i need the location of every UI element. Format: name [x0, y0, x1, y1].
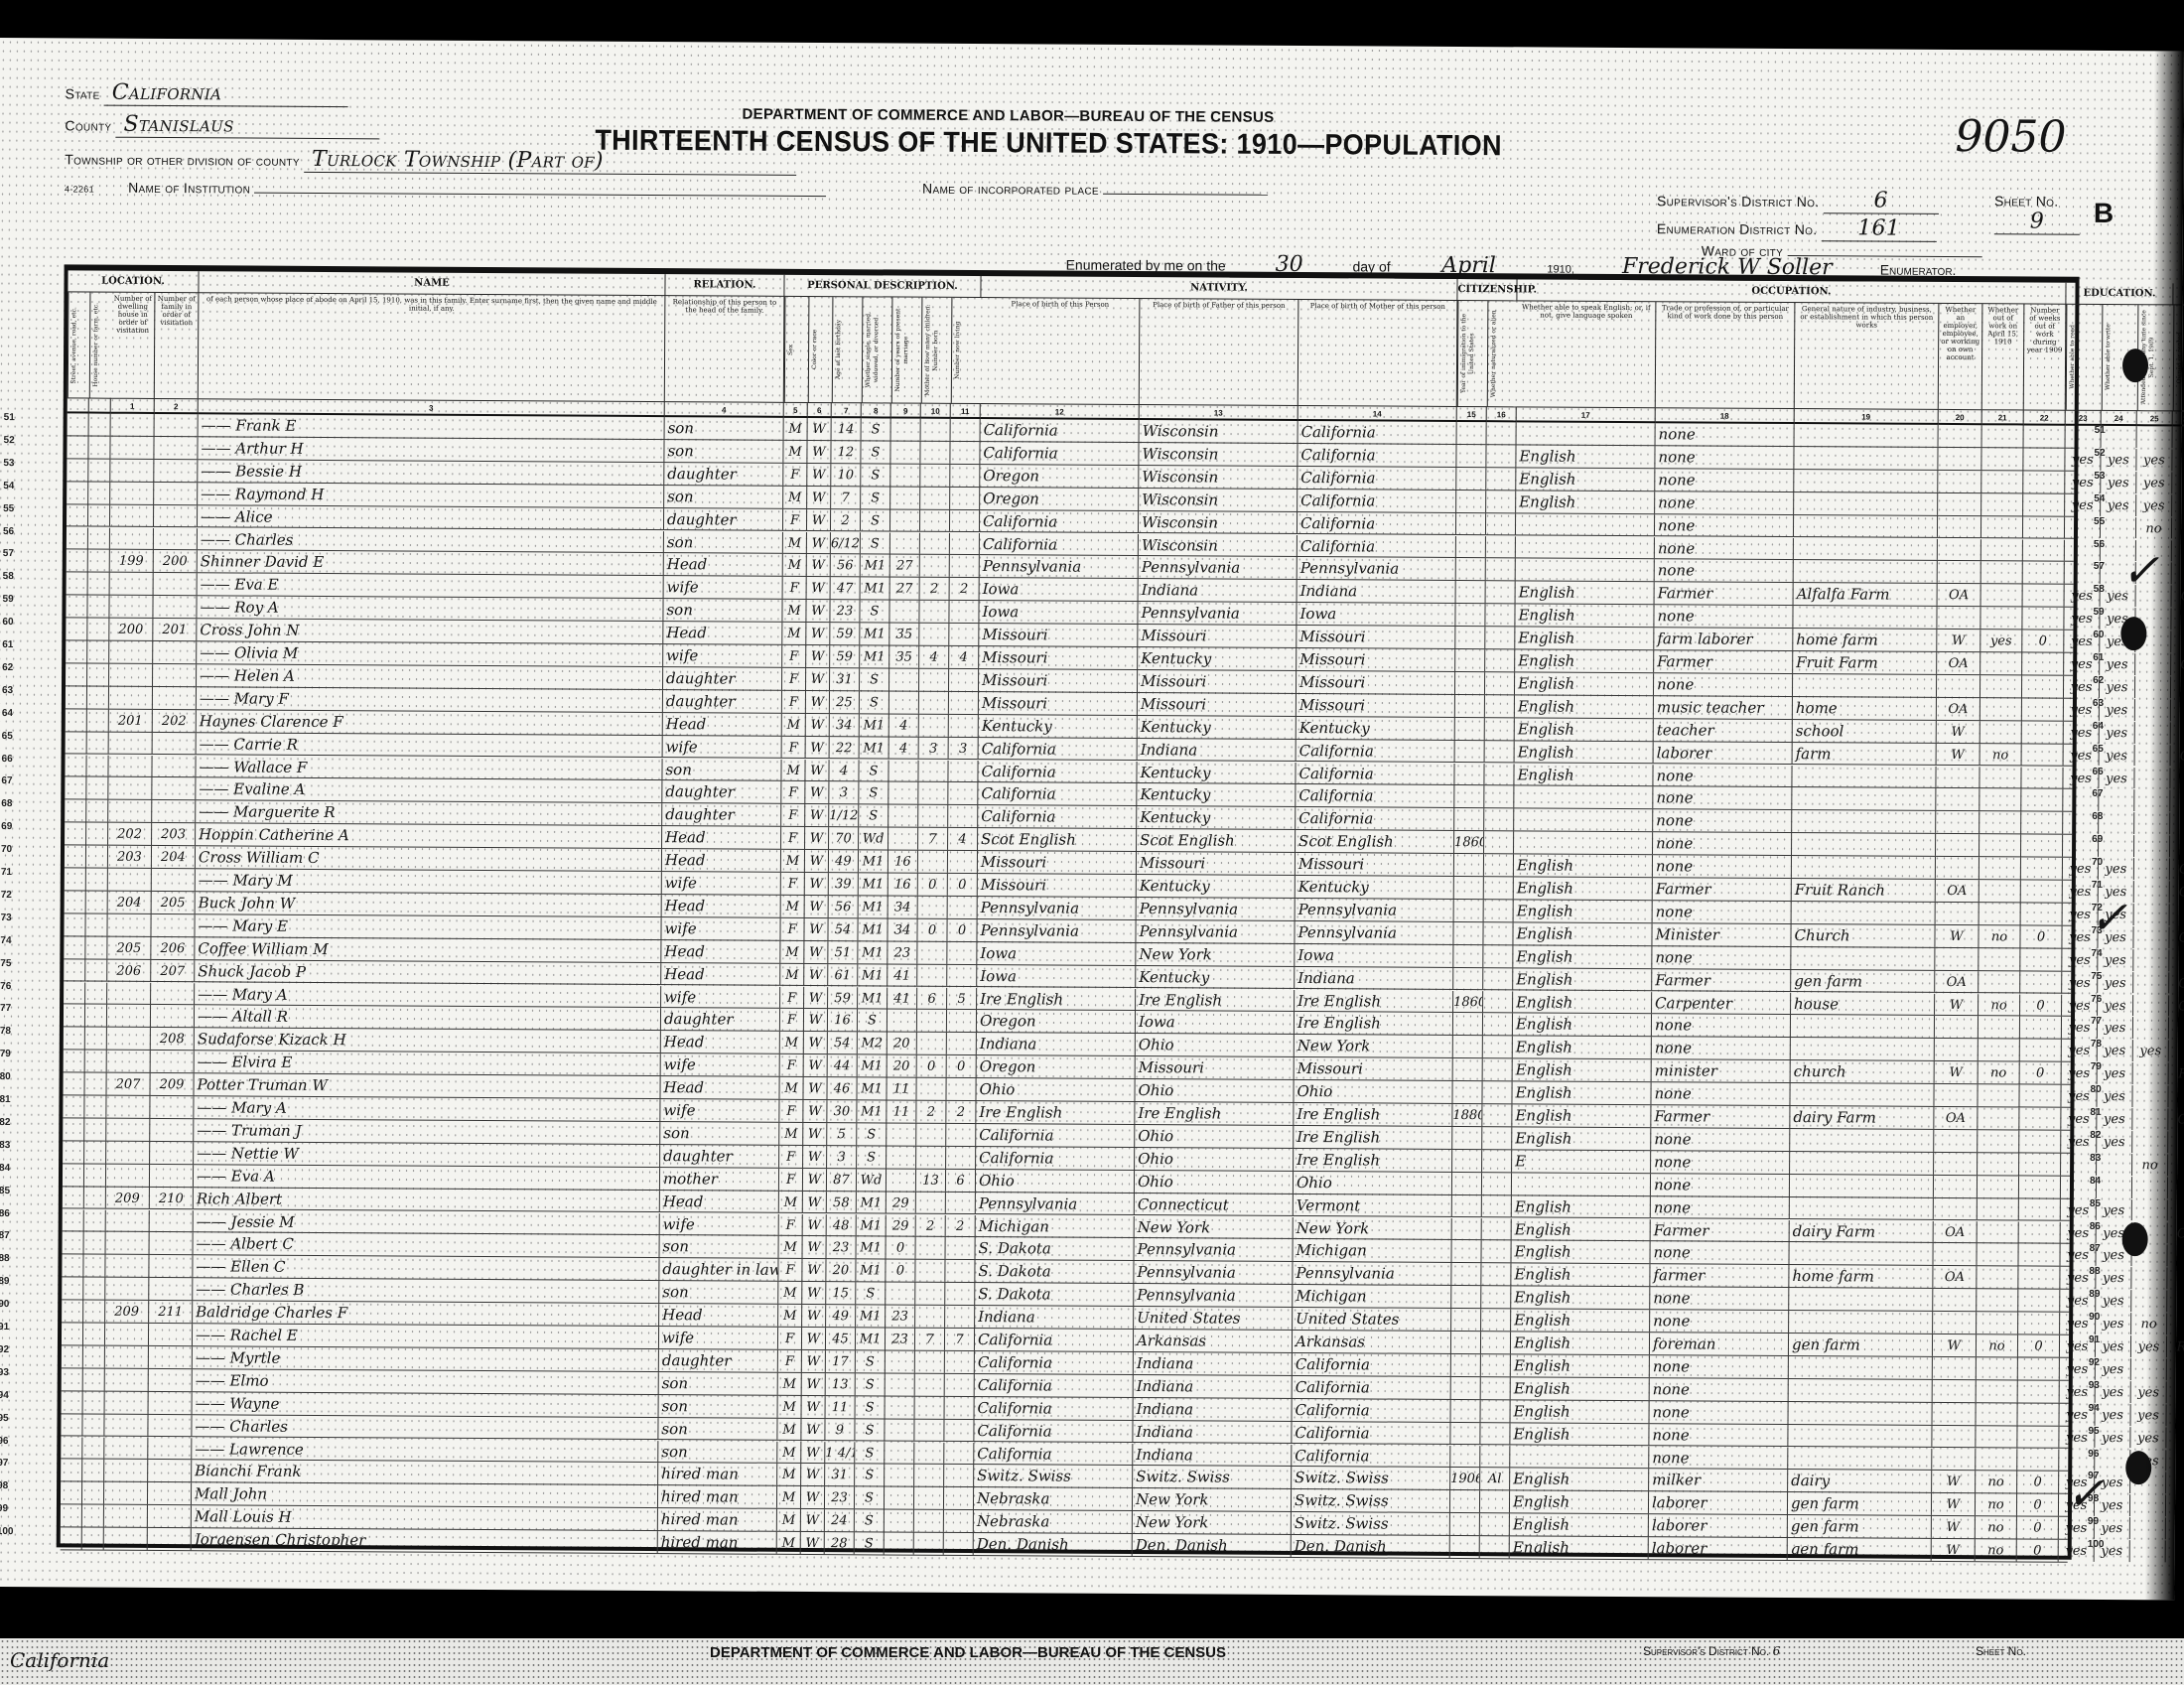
out-work-cell: [1977, 1357, 2018, 1379]
column-group-header: LOCATION.: [68, 270, 199, 293]
column-header: Whether naturalized or alien: [1487, 301, 1518, 406]
line-number: 62: [2, 662, 13, 673]
father-birth-cell: Pennsylvania: [1136, 920, 1295, 943]
write-cell: [2097, 1177, 2132, 1198]
empty-cell: [88, 436, 110, 458]
family-cell: [150, 1119, 194, 1141]
race-cell: W: [805, 804, 829, 826]
cell-text: Carpenter: [1655, 994, 1732, 1012]
employ-cell: OA: [1934, 1107, 1978, 1129]
cell-text: English: [1515, 1197, 1571, 1215]
write-cell: yes: [2098, 1062, 2133, 1084]
yrs-married-cell: [889, 668, 919, 690]
write-cell: yes: [2097, 1085, 2132, 1107]
family-cell: [151, 1005, 195, 1027]
father-birth-cell: Indiana: [1133, 1421, 1292, 1444]
cell-text: daughter: [664, 1010, 734, 1028]
cell-text: foreman: [1653, 1334, 1716, 1352]
cell-text: Missouri: [1299, 673, 1365, 691]
family-cell: [154, 483, 198, 504]
out-work-cell: [1979, 811, 2021, 833]
cell-text: S: [866, 1400, 875, 1415]
dwelling-cell: 199: [110, 550, 154, 572]
cell-text: Ire English: [1138, 1104, 1221, 1123]
cell-text: New York: [1136, 1513, 1209, 1531]
empty-cell: [61, 1482, 82, 1504]
cell-text: English: [1516, 1016, 1572, 1034]
line-number: 100: [0, 1526, 14, 1537]
relation-cell: son: [665, 417, 784, 440]
cell-text: California: [1298, 786, 1373, 804]
living-cell: [944, 1419, 974, 1441]
cell-text: 11: [893, 1082, 910, 1097]
empty-cell: [64, 936, 85, 958]
family-cell: [153, 733, 197, 755]
cell-text: 2: [957, 1105, 965, 1120]
cell-text: Wisconsin: [1142, 513, 1218, 531]
write-cell: [2097, 1154, 2132, 1176]
empty-cell: [66, 686, 87, 708]
sex-cell: M: [778, 1305, 802, 1327]
line-number: 75: [0, 958, 11, 969]
cell-text: none: [1653, 1357, 1690, 1375]
cell-text: none: [1658, 471, 1695, 489]
dwelling-cell: 203: [108, 846, 152, 868]
cell-text: M: [784, 1127, 797, 1142]
marital-cell: M1: [860, 623, 889, 644]
english-cell: English: [1510, 1536, 1649, 1559]
father-birth-cell: Ohio: [1135, 1171, 1294, 1194]
cell-text: 7: [928, 832, 936, 847]
cell-text: F: [787, 990, 796, 1005]
cell-text: S: [871, 536, 880, 551]
relation-cell: hired man: [658, 1485, 777, 1508]
cell-text: 10: [837, 468, 854, 483]
sex-cell: M: [782, 600, 806, 622]
age-cell: 16: [828, 1010, 858, 1032]
cell-text: yes: [2066, 1407, 2088, 1422]
cell-text: California: [977, 1422, 1051, 1440]
living-cell: [948, 851, 978, 873]
employ-cell: [1938, 493, 1981, 515]
mother-birth-cell: Missouri: [1295, 1057, 1453, 1080]
dwelling-cell: [108, 755, 152, 776]
industry-cell: [1790, 1197, 1934, 1220]
column-header: Trade or profession of, or particular ki…: [1656, 302, 1796, 408]
cell-text: yes: [2106, 703, 2127, 718]
cell-text: yes: [2108, 453, 2129, 468]
cell-text: no: [1987, 1475, 2003, 1490]
cell-text: Indiana: [1141, 741, 1198, 759]
cell-text: 1860: [1453, 994, 1483, 1009]
relation-cell: son: [659, 1395, 778, 1418]
dwelling-cell: [106, 1119, 150, 1141]
cell-text: California: [983, 535, 1057, 553]
out-work-cell: no: [1979, 925, 2020, 947]
out-work-cell: [1979, 789, 2021, 811]
immig-cell: [1453, 1013, 1483, 1035]
born-cell: [914, 1533, 944, 1555]
line-number-right: 56: [2094, 538, 2105, 549]
trade-cell: none: [1650, 1310, 1789, 1333]
name-cell: —— Mary F: [197, 687, 663, 712]
industry-cell: Fruit Ranch: [1792, 879, 1936, 902]
empty-cell: [86, 777, 108, 799]
trade-cell: none: [1655, 560, 1794, 583]
age-cell: 54: [828, 1032, 858, 1053]
birth-cell: Indiana: [977, 1033, 1136, 1055]
yrs-married-cell: [887, 1010, 917, 1032]
age-cell: 13: [826, 1373, 856, 1395]
mother-birth-cell: United States: [1293, 1308, 1451, 1331]
race-cell: W: [804, 918, 828, 940]
yrs-married-cell: 16: [888, 851, 918, 873]
sex-cell: F: [781, 827, 805, 849]
line-number-right: 82: [2090, 1130, 2101, 1141]
line-number: 56: [3, 526, 14, 537]
cell-text: Ire English: [1139, 991, 1222, 1010]
cell-text: daughter: [666, 692, 736, 710]
english-cell: English: [1510, 1423, 1649, 1446]
born-cell: [915, 1306, 945, 1328]
cell-text: M: [784, 1194, 797, 1209]
living-cell: [951, 419, 981, 441]
natur-cell: [1483, 968, 1513, 990]
dwelling-cell: [111, 414, 155, 436]
empty-cell: [65, 823, 86, 845]
column-number: 11: [951, 403, 981, 419]
cell-text: dairy: [1791, 1472, 1830, 1489]
birth-cell: Missouri: [979, 669, 1138, 692]
marital-cell: M1: [859, 873, 888, 895]
cell-text: 31: [836, 672, 853, 687]
cell-text: California: [981, 784, 1055, 802]
employ-cell: [1938, 561, 1981, 583]
mother-birth-cell: Missouri: [1297, 626, 1455, 648]
out-work-cell: [1981, 539, 2023, 561]
cell-text: Michigan: [1297, 1241, 1367, 1259]
relation-cell: wife: [663, 736, 782, 759]
cell-text: Head: [665, 897, 706, 914]
race-cell: W: [806, 691, 830, 713]
english-cell: English: [1511, 1332, 1650, 1354]
cell-text: California: [1300, 491, 1375, 509]
living-cell: [944, 1533, 974, 1555]
empty-cell: [88, 573, 110, 595]
empty-cell: [87, 686, 109, 708]
born-cell: [917, 964, 947, 986]
living-cell: [950, 488, 980, 509]
birth-cell: Switz. Swiss: [974, 1465, 1133, 1487]
natur-cell: [1486, 536, 1516, 558]
trade-cell: none: [1651, 1151, 1790, 1174]
born-cell: [915, 1260, 945, 1282]
sex-cell: M: [783, 554, 807, 576]
yrs-married-cell: [886, 1350, 915, 1372]
sex-cell: M: [779, 1191, 803, 1212]
yrs-married-cell: [889, 691, 919, 713]
cell-text: 16: [894, 878, 911, 893]
line-number-right: 85: [2090, 1197, 2101, 1208]
cell-text: —— Raymond H: [201, 485, 324, 503]
living-cell: 0: [948, 874, 978, 896]
line-number: 55: [3, 503, 14, 514]
line-number-right: 93: [2089, 1380, 2100, 1391]
cell-text: Missouri: [1297, 1059, 1363, 1077]
born-cell: [918, 851, 948, 873]
living-cell: [950, 509, 980, 531]
immig-cell: 1860: [1454, 831, 1484, 853]
english-cell: English: [1516, 445, 1655, 468]
age-cell: 56: [831, 555, 861, 577]
yrs-married-cell: [886, 1373, 915, 1395]
cell-text: 16: [834, 1014, 851, 1029]
race-cell: W: [801, 1419, 825, 1441]
family-cell: [150, 1142, 194, 1164]
cell-text: daughter: [665, 805, 735, 823]
cell-text: yes: [2070, 725, 2092, 740]
father-birth-cell: Pennsylvania: [1139, 556, 1297, 579]
father-birth-cell: New York: [1133, 1511, 1292, 1534]
sex-cell: M: [778, 1373, 802, 1395]
cell-text: —— Charles: [201, 530, 294, 549]
column-number: 18: [1656, 407, 1795, 424]
cell-text: Den. Danish: [1295, 1537, 1387, 1556]
yrs-married-cell: 41: [887, 964, 917, 986]
empty-cell: [64, 1005, 85, 1027]
line-number-right: 57: [2094, 561, 2105, 572]
industry-cell: house: [1791, 993, 1935, 1016]
name-cell: —— Lawrence: [192, 1438, 658, 1463]
born-cell: [917, 1010, 947, 1032]
birth-cell: California: [974, 1420, 1133, 1443]
cell-text: Missouri: [982, 694, 1047, 712]
born-cell: [915, 1351, 945, 1373]
empty-cell: [85, 1051, 107, 1072]
marital-cell: M1: [860, 645, 889, 667]
weeks-cell: [2021, 903, 2063, 924]
age-cell: 34: [830, 714, 860, 736]
cell-text: M1: [864, 627, 886, 641]
column-header: Color or race: [808, 297, 833, 402]
family-cell: [150, 1165, 194, 1187]
name-cell: —— Rachel E: [193, 1324, 659, 1348]
marital-cell: M1: [858, 918, 887, 940]
weeks-cell: [2017, 1426, 2059, 1448]
cell-text: Pennsylvania: [983, 557, 1082, 576]
cell-text: O: [2180, 657, 2184, 672]
line-number-right: 80: [2091, 1084, 2102, 1095]
father-birth-cell: Missouri: [1138, 693, 1297, 716]
cell-text: 0: [2036, 998, 2044, 1013]
cell-text: 20: [893, 1059, 910, 1074]
relation-cell: wife: [661, 986, 780, 1009]
cell-text: farm laborer: [1657, 630, 1752, 648]
empty-cell: [68, 413, 89, 435]
marital-cell: M1: [857, 1237, 887, 1259]
write-cell: yes: [2100, 676, 2135, 698]
living-cell: [947, 1033, 977, 1054]
empty-cell: [83, 1391, 105, 1413]
family-cell: 210: [150, 1188, 194, 1209]
dwelling-cell: [104, 1505, 148, 1527]
employ-cell: [1932, 1426, 1976, 1448]
cell-text: Pennsylvania: [979, 1194, 1078, 1213]
birth-cell: Iowa: [980, 578, 1139, 601]
cell-text: yes: [2104, 1135, 2125, 1150]
born-cell: [919, 691, 949, 713]
born-cell: [917, 1033, 947, 1054]
trade-cell: none: [1651, 1196, 1790, 1219]
trade-cell: laborer: [1649, 1491, 1788, 1514]
cell-text: 45: [832, 1332, 849, 1346]
cell-text: Wisconsin: [1142, 468, 1218, 486]
cell-text: W: [808, 1081, 821, 1096]
cell-text: son: [661, 1420, 688, 1438]
cell-text: M: [786, 763, 799, 777]
birth-cell: Indiana: [975, 1306, 1134, 1329]
cell-text: F: [789, 740, 798, 755]
living-cell: [946, 1192, 976, 1213]
race-cell: W: [808, 418, 832, 440]
cell-text: none: [1652, 1449, 1689, 1467]
cell-text: W: [806, 1490, 819, 1505]
cell-text: English: [1518, 674, 1574, 692]
living-cell: [945, 1283, 975, 1305]
relation-cell: wife: [662, 872, 781, 895]
weeks-cell: [2020, 1017, 2062, 1039]
cell-text: Minister: [1655, 925, 1718, 943]
cell-text: M1: [864, 582, 886, 597]
race-cell: W: [803, 1123, 827, 1145]
sex-cell: F: [780, 918, 804, 940]
immig-cell: 1860: [1453, 990, 1483, 1012]
cell-text: California: [1301, 423, 1376, 441]
cell-text: Sudaforse Kizack H: [198, 1031, 346, 1050]
trade-cell: Minister: [1652, 923, 1791, 946]
english-cell: [1514, 809, 1653, 832]
cell-text: W: [812, 513, 825, 528]
empty-cell: [66, 640, 87, 662]
cell-text: Hoppin Catherine A: [199, 825, 349, 844]
line-number: 78: [0, 1026, 11, 1037]
cell-text: Farmer: [1658, 585, 1713, 603]
cell-text: English: [1518, 720, 1574, 738]
yrs-married-cell: [887, 1169, 916, 1191]
father-birth-cell: Den. Danish: [1133, 1534, 1292, 1557]
living-cell: [949, 692, 979, 714]
living-cell: 0: [947, 919, 977, 941]
cell-text: —— Altall R: [198, 1008, 288, 1027]
cell-text: Switz. Swiss: [1295, 1491, 1389, 1510]
cell-text: none: [1653, 1403, 1690, 1421]
cell-text: M: [785, 967, 798, 982]
cell-text: F: [786, 1173, 795, 1188]
trade-cell: none: [1652, 946, 1791, 969]
empty-cell: [67, 527, 88, 549]
relation-cell: wife: [659, 1327, 778, 1349]
cell-text: F: [790, 581, 799, 596]
out-work-cell: [1979, 834, 2021, 856]
marital-cell: S: [856, 1373, 886, 1395]
race-cell: W: [804, 1032, 828, 1053]
family-cell: [153, 664, 197, 686]
empty-cell: [61, 1414, 82, 1436]
yrs-married-cell: [890, 441, 920, 463]
natur-cell: [1481, 1286, 1511, 1308]
born-cell: [915, 1373, 945, 1395]
line-number: 52: [3, 435, 14, 446]
weeks-cell: [2023, 493, 2065, 515]
cell-text: W: [807, 1217, 820, 1232]
name-cell: Rich Albert: [194, 1188, 660, 1212]
industry-cell: gen farm: [1791, 970, 1935, 993]
english-cell: English: [1512, 1127, 1651, 1150]
mother-birth-cell: California: [1296, 784, 1454, 807]
out-work-cell: [1977, 1312, 2018, 1334]
marital-cell: S: [855, 1442, 885, 1464]
name-cell: Coffee William M: [195, 937, 661, 962]
dwelling-cell: [106, 1232, 150, 1254]
english-cell: English: [1513, 1037, 1652, 1059]
cell-text: W: [808, 1150, 821, 1165]
cell-text: Pennsylvania: [981, 899, 1080, 917]
relation-cell: daughter: [662, 803, 781, 826]
sex-cell: M: [783, 487, 807, 508]
trade-cell: none: [1653, 832, 1792, 855]
empty-cell: [85, 1028, 107, 1050]
natur-cell: Al: [1480, 1469, 1510, 1490]
column-number: 9: [891, 402, 921, 418]
cell-text: M: [785, 1036, 798, 1051]
employ-cell: [1938, 471, 1981, 492]
column-number: 14: [1298, 405, 1457, 422]
natur-cell: [1482, 1173, 1512, 1194]
cell-text: house: [1794, 995, 1839, 1013]
write-cell: yes: [2097, 1108, 2132, 1130]
english-cell: English: [1515, 627, 1654, 649]
employ-cell: [1934, 1084, 1978, 1106]
trade-cell: none: [1651, 1082, 1790, 1105]
enumeration-district-value: 161: [1822, 215, 1937, 242]
father-birth-cell: Kentucky: [1137, 762, 1296, 784]
cell-text: W: [806, 1377, 819, 1392]
cell-text: 2: [841, 513, 849, 528]
cell-text: 201: [118, 713, 143, 728]
empty-cell: [66, 709, 87, 731]
employ-cell: [1936, 811, 1979, 833]
cell-text: M2: [861, 1037, 883, 1052]
english-cell: English: [1513, 1059, 1652, 1082]
immig-cell: 1906: [1450, 1468, 1480, 1489]
write-cell: yes: [2098, 972, 2133, 994]
empty-cell: [88, 482, 110, 503]
family-cell: [148, 1505, 192, 1527]
immig-cell: [1455, 604, 1485, 626]
cell-text: son: [667, 533, 694, 551]
cell-text: son: [662, 1397, 689, 1415]
family-cell: [148, 1460, 192, 1481]
cell-text: Pennsylvania: [1138, 1240, 1237, 1259]
cell-text: son: [662, 1283, 689, 1301]
yrs-married-cell: [888, 760, 918, 781]
empty-cell: [63, 1141, 84, 1163]
english-cell: English: [1513, 1014, 1652, 1037]
trade-cell: none: [1650, 1378, 1789, 1401]
natur-cell: [1481, 1241, 1511, 1263]
yrs-married-cell: [885, 1442, 914, 1464]
cell-text: yes: [2107, 680, 2128, 695]
